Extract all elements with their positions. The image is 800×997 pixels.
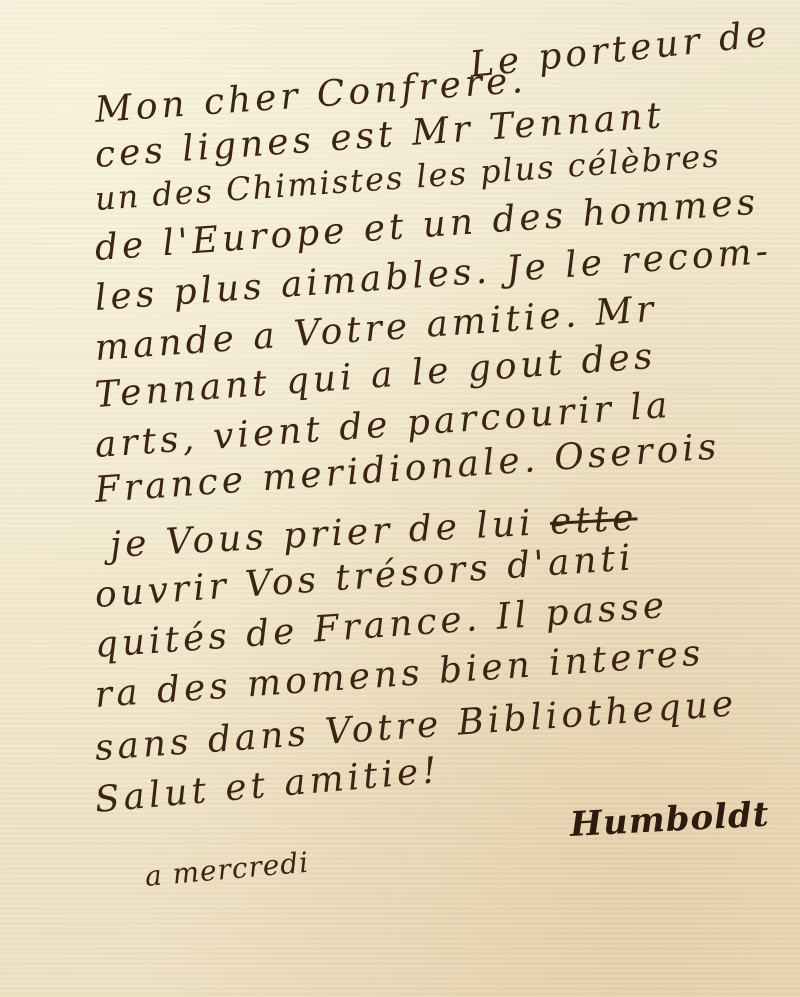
postscript: a mercredi	[144, 846, 311, 893]
letter-page: Le porteur de Mon cher Confrere. ces lig…	[0, 0, 800, 997]
signature: Humboldt	[569, 795, 770, 845]
struck-word: ette	[549, 497, 639, 543]
